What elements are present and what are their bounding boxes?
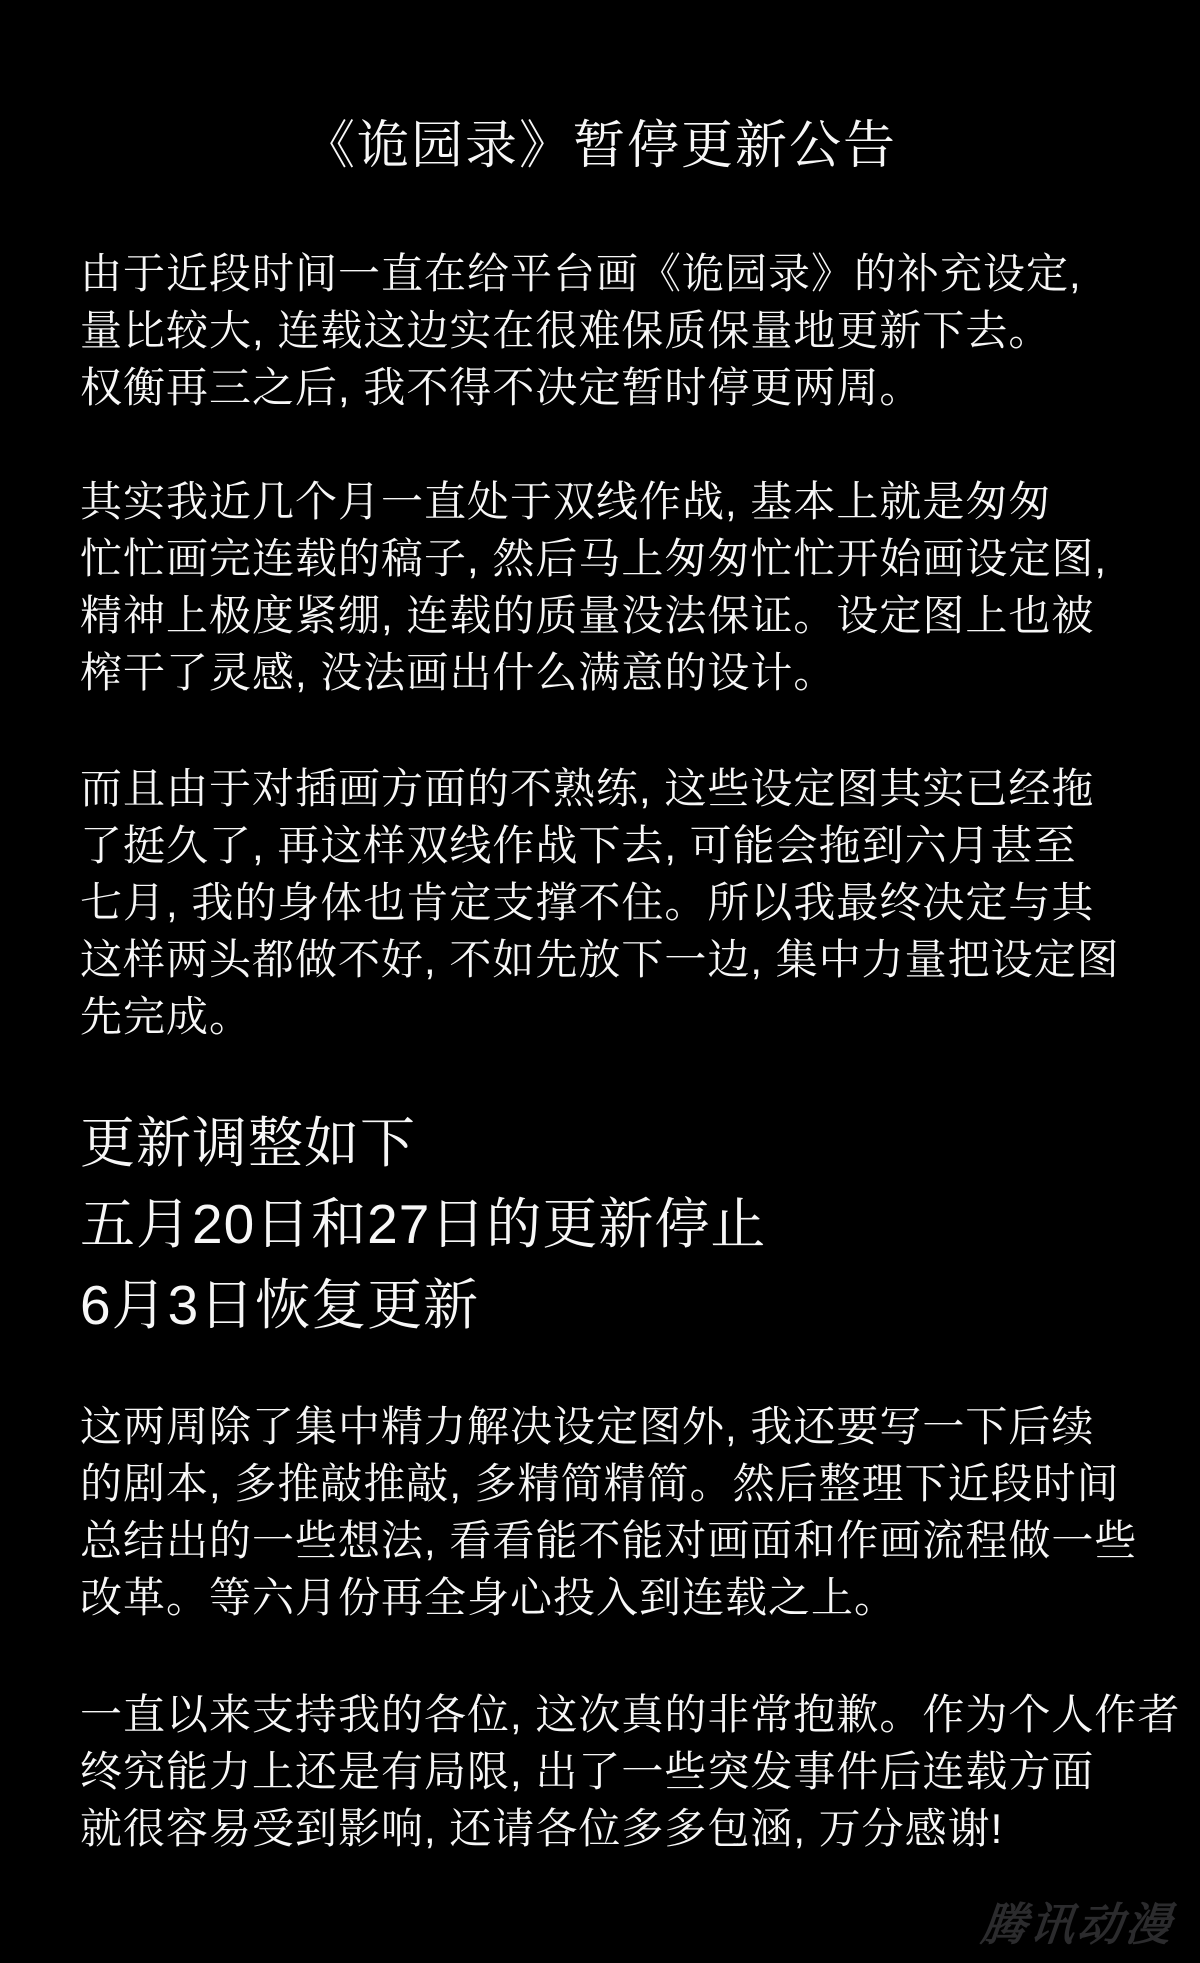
schedule-heading: 更新调整如下 <box>80 1103 1180 1184</box>
paragraph-line: 由于近段时间一直在给平台画《诡园录》的补充设定, <box>80 245 1180 302</box>
update-schedule: 更新调整如下 五月20日和27日的更新停止 6月3日恢复更新 <box>80 1103 1180 1346</box>
paragraph-line: 了挺久了, 再这样双线作战下去, 可能会拖到六月甚至 <box>80 817 1180 874</box>
paragraph-line: 七月, 我的身体也肯定支撑不住。所以我最终决定与其 <box>80 874 1180 931</box>
schedule-resume-date: 6月3日恢复更新 <box>80 1265 1180 1346</box>
paragraph-plan: 这两周除了集中精力解决设定图外, 我还要写一下后续 的剧本, 多推敲推敲, 多精… <box>80 1398 1180 1626</box>
paragraph-dual-work: 其实我近几个月一直处于双线作战, 基本上就是匆匆 忙忙画完连载的稿子, 然后马上… <box>80 473 1180 701</box>
paragraph-line: 终究能力上还是有局限, 出了一些突发事件后连载方面 <box>80 1743 1180 1800</box>
paragraph-line: 而且由于对插画方面的不熟练, 这些设定图其实已经拖 <box>80 760 1180 817</box>
paragraph-line: 榨干了灵感, 没法画出什么满意的设计。 <box>80 644 1180 701</box>
announcement-page: 《诡园录》暂停更新公告 由于近段时间一直在给平台画《诡园录》的补充设定, 量比较… <box>0 0 1200 1963</box>
paragraph-line: 忙忙画完连载的稿子, 然后马上匆匆忙忙开始画设定图, <box>80 530 1180 587</box>
paragraph-line: 量比较大, 连载这边实在很难保质保量地更新下去。 <box>80 302 1180 359</box>
paragraph-line: 其实我近几个月一直处于双线作战, 基本上就是匆匆 <box>80 473 1180 530</box>
paragraph-line: 这两周除了集中精力解决设定图外, 我还要写一下后续 <box>80 1398 1180 1455</box>
paragraph-line: 先完成。 <box>80 988 1180 1045</box>
page-title: 《诡园录》暂停更新公告 <box>0 103 1200 178</box>
schedule-stop-dates: 五月20日和27日的更新停止 <box>80 1184 1180 1265</box>
paragraph-line: 就很容易受到影响, 还请各位多多包涵, 万分感谢! <box>80 1800 1180 1857</box>
paragraph-decision: 而且由于对插画方面的不熟练, 这些设定图其实已经拖 了挺久了, 再这样双线作战下… <box>80 760 1180 1045</box>
paragraph-line: 的剧本, 多推敲推敲, 多精简精简。然后整理下近段时间 <box>80 1455 1180 1512</box>
paragraph-line: 精神上极度紧绷, 连载的质量没法保证。设定图上也被 <box>80 587 1180 644</box>
paragraph-line: 改革。等六月份再全身心投入到连载之上。 <box>80 1569 1180 1626</box>
paragraph-apology: 一直以来支持我的各位, 这次真的非常抱歉。作为个人作者 终究能力上还是有局限, … <box>80 1686 1180 1857</box>
tencent-comics-watermark: 腾讯动漫 <box>979 1888 1178 1953</box>
paragraph-intro: 由于近段时间一直在给平台画《诡园录》的补充设定, 量比较大, 连载这边实在很难保… <box>80 245 1180 416</box>
paragraph-line: 这样两头都做不好, 不如先放下一边, 集中力量把设定图 <box>80 931 1180 988</box>
paragraph-line: 一直以来支持我的各位, 这次真的非常抱歉。作为个人作者 <box>80 1686 1180 1743</box>
paragraph-line: 权衡再三之后, 我不得不决定暂时停更两周。 <box>80 359 1180 416</box>
paragraph-line: 总结出的一些想法, 看看能不能对画面和作画流程做一些 <box>80 1512 1180 1569</box>
